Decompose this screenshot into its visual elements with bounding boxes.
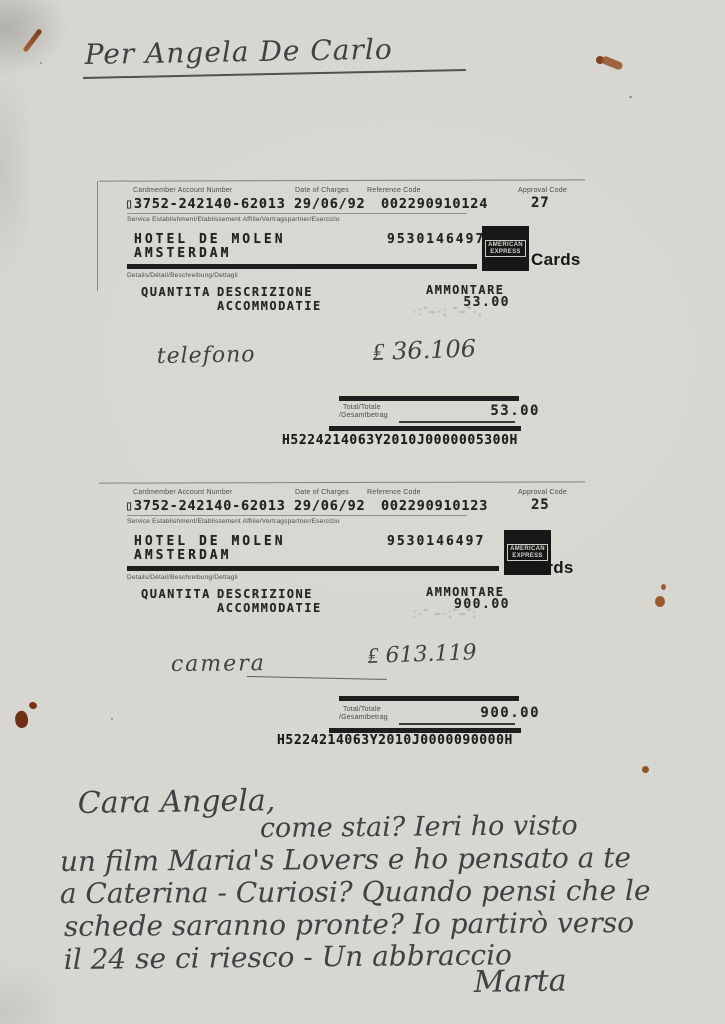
signature: Marta	[473, 963, 566, 1000]
divider-bar	[127, 566, 499, 571]
rust-stain	[661, 584, 666, 590]
quantity-header: QUANTITA	[141, 285, 211, 299]
merchant-name: HOTEL DE MOLEN	[134, 232, 286, 247]
handwritten-stroke	[247, 676, 387, 680]
receipt-top-edge	[99, 481, 585, 483]
paper-speck	[111, 718, 113, 720]
reference-code-value: 002290910124	[381, 196, 488, 212]
date-of-charges-label: Date of Charges	[295, 187, 349, 194]
account-number-value: ▯3752-242140-62013	[125, 498, 286, 514]
service-establishment-label: Service Establishment/Etablissement Affi…	[127, 216, 340, 223]
merchant-city: AMSTERDAM	[134, 548, 231, 563]
rust-stain	[600, 55, 623, 71]
american-express-logo-text: AMERICAN EXPRESS	[485, 240, 526, 258]
cards-wordmark: Cards	[524, 558, 574, 578]
rust-stain	[13, 710, 30, 730]
receipt-2: Cardmember Account Number Date of Charge…	[95, 480, 587, 772]
accommodation-line: ACCOMMODATIE	[217, 299, 322, 313]
total-label-line2: /Gesamtbetrag	[339, 714, 388, 721]
receipt-left-edge	[97, 181, 98, 291]
total-label-line1: Total/Totale	[343, 404, 381, 411]
total-value: 900.00	[425, 705, 540, 721]
merchant-city: AMSTERDAM	[134, 246, 231, 261]
separator-line	[127, 213, 467, 214]
dedication-underline	[83, 69, 466, 79]
letter-line: schede saranno pronte? Io partirò verso	[64, 906, 634, 943]
letter-line: un film Maria's Lovers e ho pensato a te	[60, 841, 631, 878]
amex-word-express: EXPRESS	[490, 249, 520, 255]
approval-code-value: 27	[531, 195, 549, 211]
accommodation-line: ACCOMMODATIE	[217, 601, 322, 615]
cardmember-label: Cardmember Account Number	[133, 187, 233, 194]
rust-stain	[22, 28, 42, 53]
approval-code-label: Approval Code	[518, 489, 567, 496]
merchant-code: 9530146497	[387, 232, 485, 247]
service-establishment-label: Service Establishment/Etablissement Affi…	[127, 518, 340, 525]
total-label-line1: Total/Totale	[343, 706, 381, 713]
cards-wordmark: Cards	[531, 250, 581, 270]
cardmember-label: Cardmember Account Number	[133, 489, 233, 496]
amex-word-american: AMERICAN	[488, 242, 523, 248]
description-header: DESCRIZIONE	[217, 285, 313, 299]
quantity-header: QUANTITA	[141, 587, 211, 601]
merchant-name: HOTEL DE MOLEN	[134, 534, 286, 549]
reference-code-label: Reference Code	[367, 489, 421, 496]
reference-code-label: Reference Code	[367, 187, 421, 194]
details-label: Details/Détail/Beschreibung/Dettagli	[127, 574, 238, 581]
date-of-charges-label: Date of Charges	[295, 489, 349, 496]
divider-bar	[339, 696, 519, 701]
micr-code-line: H5224214063Y2010J0000005300H	[282, 433, 518, 448]
dedication-text: Per Angela De Carlo	[84, 33, 392, 71]
receipt-1: Cardmember Account Number Date of Charge…	[95, 178, 587, 470]
total-underline	[399, 723, 515, 725]
merchant-code: 9530146497	[387, 534, 485, 549]
divider-bar	[127, 264, 477, 269]
amex-word-american: AMERICAN	[510, 546, 545, 552]
approval-code-label: Approval Code	[518, 187, 567, 194]
divider-bar	[329, 426, 521, 431]
paper-speck	[629, 96, 632, 98]
letter-line-greeting: Cara Angela,	[78, 783, 276, 821]
date-of-charges-value: 29/06/92	[294, 498, 365, 514]
account-number-value: ▯3752-242140-62013	[125, 196, 286, 212]
american-express-logo: AMERICAN EXPRESS	[482, 226, 529, 271]
total-value: 53.00	[425, 403, 540, 419]
scanned-letter-page: Per Angela De Carlo Cardmember Account N…	[0, 0, 725, 1024]
paper-speck	[40, 62, 42, 64]
ghost-imprint: ·:˜–·; ˜–˜·,	[413, 306, 523, 318]
handwritten-amount: ₤ 613.119	[367, 639, 477, 669]
divider-bar	[339, 396, 519, 401]
approval-code-value: 25	[531, 497, 549, 513]
rust-stain	[28, 701, 38, 710]
letter-line: come stai? Ieri ho visto	[260, 810, 578, 844]
rust-stain	[655, 596, 665, 607]
total-label-line2: /Gesamtbetrag	[339, 412, 388, 419]
letter-line: il 24 se ci riesco - Un abbraccio	[64, 938, 512, 976]
letter-line: a Caterina - Curiosi? Quando pensi che l…	[60, 874, 651, 910]
handwritten-item: telefono	[157, 342, 256, 369]
handwritten-amount: ₤ 36.106	[372, 334, 477, 367]
ghost-imprint: :·˜ –·;˜–˜;	[413, 608, 523, 620]
description-header: DESCRIZIONE	[217, 587, 313, 601]
reference-code-value: 002290910123	[381, 498, 488, 514]
details-label: Details/Détail/Beschreibung/Dettagli	[127, 272, 238, 279]
separator-line	[127, 515, 467, 516]
receipt-top-edge	[99, 179, 585, 181]
micr-code-line: H5224214063Y2010J0000090000H	[277, 733, 513, 748]
total-underline	[399, 421, 515, 423]
rust-stain	[642, 766, 649, 773]
handwritten-item: camera	[171, 651, 266, 677]
date-of-charges-value: 29/06/92	[294, 196, 365, 212]
